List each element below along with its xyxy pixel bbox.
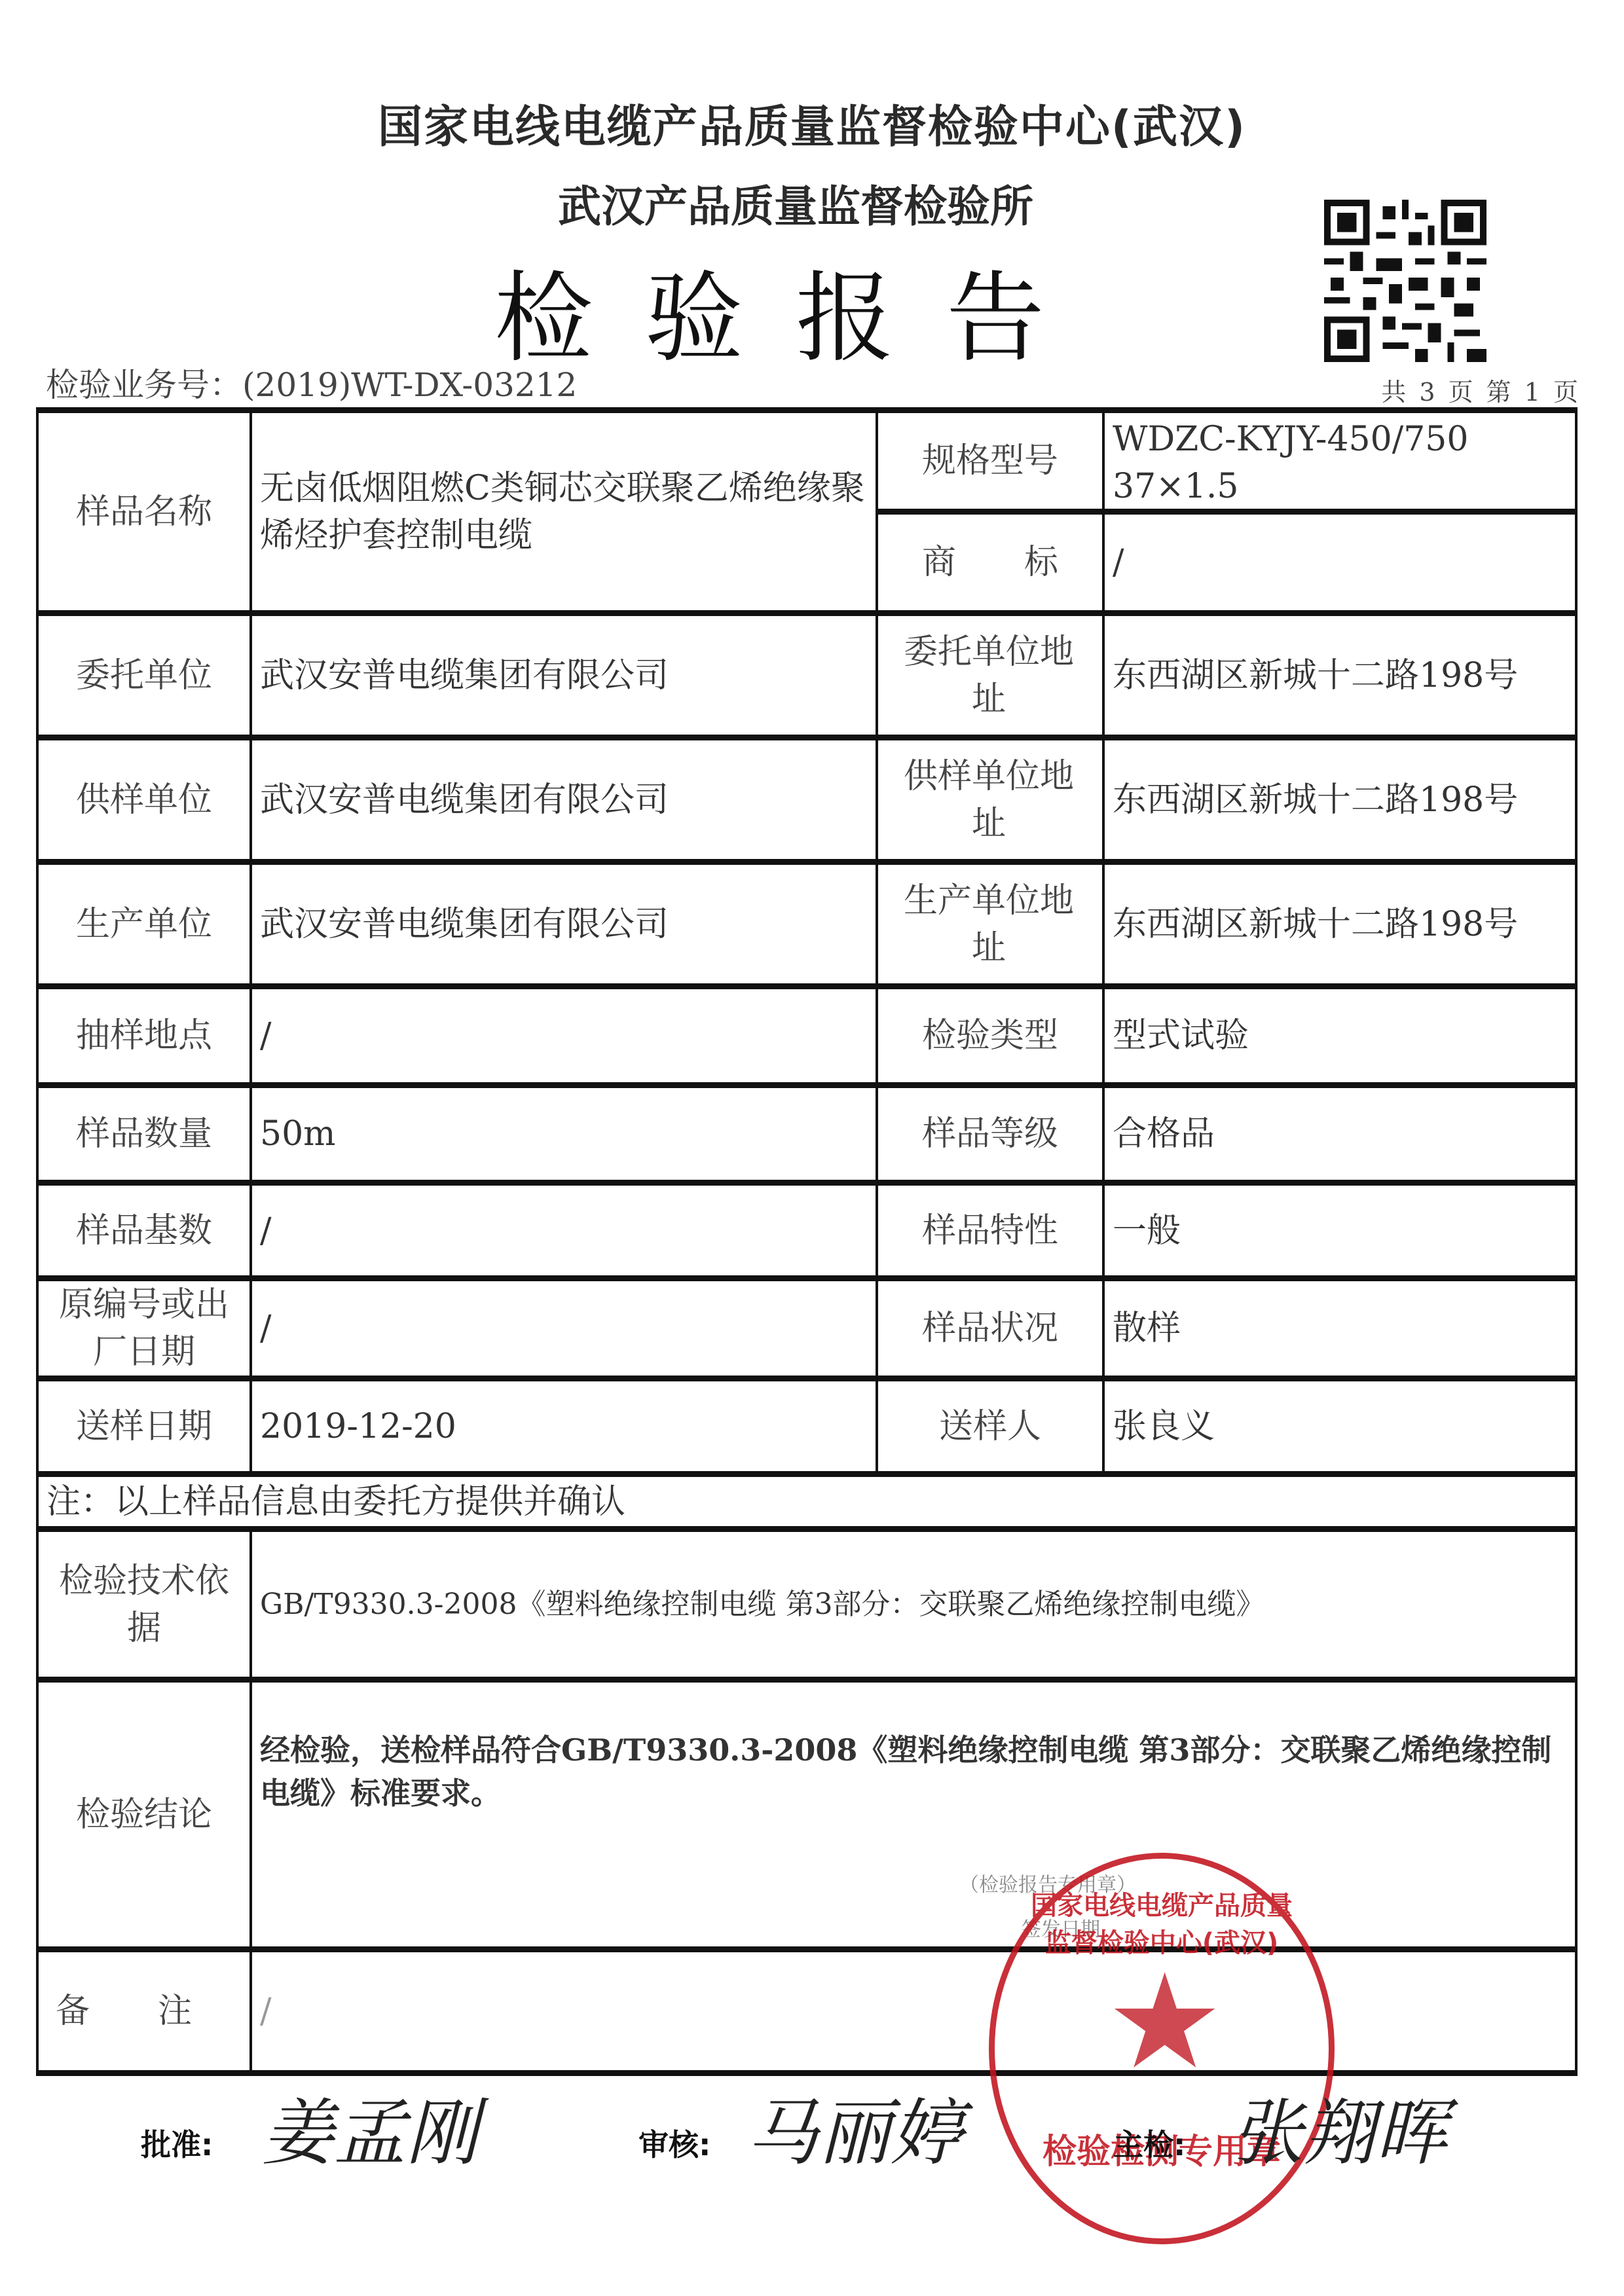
main-inspector-signature: 张翔晖 <box>1231 2075 1447 2179</box>
label-producer: 生产单位 <box>39 865 249 983</box>
approve-signature: 姜孟刚 <box>262 2075 478 2179</box>
label-sender: 送样人 <box>878 1381 1102 1471</box>
page-info: 共 3 页 第 1 页 <box>1381 372 1578 408</box>
label-supplier: 供样单位 <box>39 740 249 859</box>
label-condition: 样品状况 <box>878 1281 1102 1376</box>
value-property: 一般 <box>1105 1186 1578 1275</box>
value-original-number: / <box>252 1281 876 1376</box>
review-signature: 马丽婷 <box>747 2075 963 2179</box>
review-label: 审核: <box>638 2121 710 2164</box>
main-inspector-label: 主检: <box>1113 2121 1185 2164</box>
value-supplier-address: 东西湖区新城十二路198号 <box>1105 740 1578 859</box>
approve-label: 批准: <box>141 2121 213 2164</box>
star-icon: ★ <box>1106 1957 1223 2088</box>
label-sample-name: 样品名称 <box>39 413 249 610</box>
label-conclusion: 检验结论 <box>39 1683 249 1946</box>
value-supplier: 武汉安普电缆集团有限公司 <box>252 740 876 859</box>
label-client: 委托单位 <box>39 616 249 735</box>
label-remarks: 备 注 <box>56 1952 232 2070</box>
value-client-address: 东西湖区新城十二路198号 <box>1105 616 1578 735</box>
org-title-line1: 国家电线电缆产品质量监督检验中心(武汉) <box>0 92 1624 155</box>
value-producer-address: 东西湖区新城十二路198号 <box>1105 865 1578 983</box>
label-grade: 样品等级 <box>878 1088 1102 1180</box>
value-sender: 张良义 <box>1105 1381 1578 1471</box>
value-sampling-place: / <box>252 989 876 1082</box>
label-brand: 商 标 <box>878 515 1102 610</box>
value-spec: WDZC-KYJY-450/750 37×1.5 <box>1105 413 1571 511</box>
business-number: 检验业务号：(2019)WT-DX-03212 <box>46 359 577 406</box>
value-base: / <box>252 1186 876 1275</box>
official-seal: 国家电线电缆产品质量监督检验中心(武汉) ★ 检验检测专用章 <box>989 1853 1335 2244</box>
report-table: 样品名称 无卤低烟阻燃C类铜芯交联聚乙烯绝缘聚烯烃护套控制电缆 规格型号 WDZ… <box>36 407 1578 2070</box>
label-original-number: 原编号或出厂日期 <box>56 1281 232 1376</box>
value-conclusion: 经检验，送检样品符合GB/T9330.3-2008《塑料绝缘控制电缆 第3部分：… <box>252 1683 1570 1944</box>
value-remarks: / <box>252 1952 653 2070</box>
value-basis: GB/T9330.3-2008《塑料绝缘控制电缆 第3部分：交联聚乙烯绝缘控制电… <box>252 1532 1570 1677</box>
label-test-type: 检验类型 <box>878 989 1102 1082</box>
label-quantity: 样品数量 <box>39 1088 249 1180</box>
value-quantity: 50m <box>252 1088 876 1180</box>
note-text: 注：以上样品信息由委托方提供并确认 <box>39 1477 1553 1526</box>
label-sampling-place: 抽样地点 <box>39 989 249 1082</box>
label-basis: 检验技术依 据 <box>56 1532 232 1677</box>
qr-code-icon[interactable] <box>1324 195 1486 367</box>
value-producer: 武汉安普电缆集团有限公司 <box>252 865 876 983</box>
value-client: 武汉安普电缆集团有限公司 <box>252 616 876 735</box>
value-send-date: 2019-12-20 <box>252 1381 876 1471</box>
label-property: 样品特性 <box>878 1186 1102 1275</box>
label-send-date: 送样日期 <box>39 1381 249 1471</box>
label-spec: 规格型号 <box>878 413 1102 509</box>
label-client-address: 委托单位地 址 <box>900 616 1077 735</box>
value-test-type: 型式试验 <box>1105 989 1578 1082</box>
value-grade: 合格品 <box>1105 1088 1578 1180</box>
value-brand: / <box>1105 515 1571 610</box>
value-condition: 散样 <box>1105 1281 1578 1376</box>
label-supplier-address: 供样单位地 址 <box>900 740 1077 859</box>
label-base: 样品基数 <box>39 1186 249 1275</box>
label-producer-address: 生产单位地 址 <box>900 865 1077 983</box>
value-sample-name: 无卤低烟阻燃C类铜芯交联聚乙烯绝缘聚烯烃护套控制电缆 <box>252 446 869 577</box>
